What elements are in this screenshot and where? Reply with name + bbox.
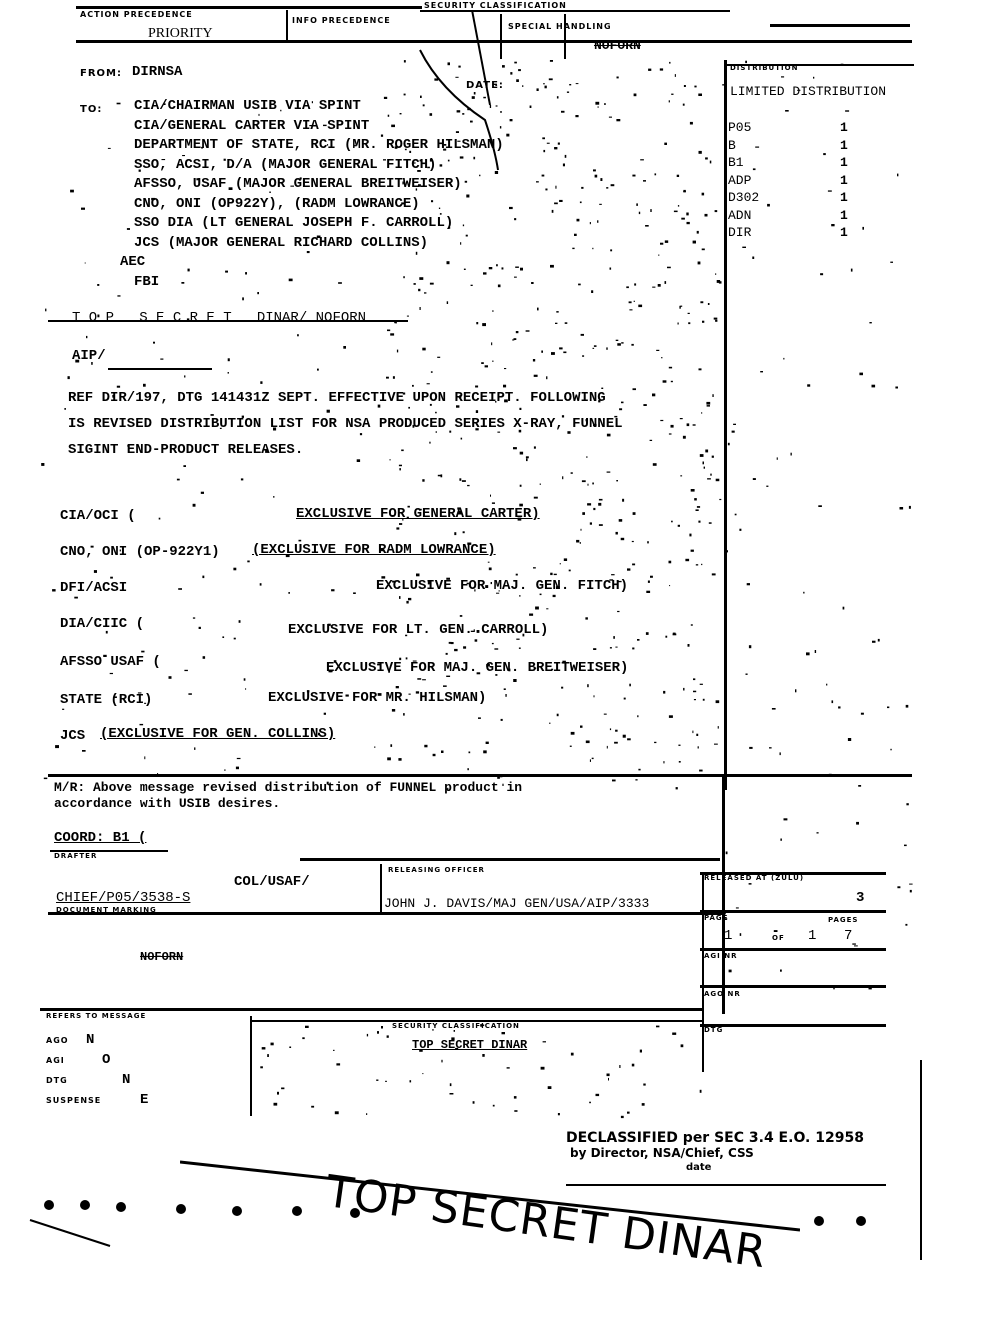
security-classification-footer-value: TOP SECRET DINAR	[412, 1038, 527, 1052]
agi-rule	[700, 948, 886, 951]
ago-rule	[700, 985, 886, 988]
security-classification-footer-label: SECURITY CLASSIFICATION	[392, 1022, 520, 1030]
header-divider	[564, 14, 566, 59]
declassification-stamp: DECLASSIFIED per SEC 3.4 E.O. 12958 by D…	[566, 1130, 864, 1173]
punch-hole-icon	[232, 1206, 242, 1216]
page-rule	[700, 910, 886, 913]
declass-signature-rule	[566, 1184, 886, 1186]
ago-nr-label: AGO NR	[704, 990, 741, 998]
distribution-row: B11	[728, 155, 868, 173]
punch-hole-icon	[292, 1206, 302, 1216]
recipient: DEPARTMENT OF STATE, RCI (MR. ROGER HILS…	[134, 137, 504, 157]
recipient: FBI	[134, 274, 504, 294]
form-top-rule	[76, 6, 422, 9]
marking-stamp: NOFORN	[140, 950, 183, 964]
to-label: TO:	[80, 104, 102, 115]
classification-line: T O P S E C R E T DINAR/ NOFORN	[72, 310, 366, 326]
distribution-table: P051 B1 B11 ADP1 D3021 ADN1 DIR1	[728, 120, 868, 243]
aip-blank	[108, 368, 212, 370]
distribution-title: LIMITED DISTRIBUTION	[730, 84, 886, 99]
message-paragraph: REF DIR/197, DTG 141431Z SEPT. EFFECTIVE…	[68, 390, 623, 468]
distribution-row: ADP1	[728, 173, 868, 191]
special-handling-value: NOFORN	[594, 38, 641, 53]
recipient: SSO, ACSI, D/A (MAJOR GENERAL FITCH)	[134, 157, 504, 177]
refers-to-label: REFERS TO MESSAGE	[46, 1012, 146, 1020]
refers-row: DTGN	[46, 1070, 148, 1090]
dtg-rule	[700, 1024, 886, 1027]
recipient: CNO, ONI (OP922Y), (RADM LOWRANCE)	[134, 196, 504, 216]
refers-top-rule	[40, 1008, 702, 1011]
page-label: PAGE	[704, 914, 728, 922]
release-list: CIA/OCI ( EXCLUSIVE FOR GENERAL CARTER) …	[60, 506, 720, 756]
recipient: CIA/GENERAL CARTER VIA SPINT	[134, 118, 504, 138]
form-top-rule-3	[770, 24, 910, 27]
security-classification-label: SECURITY CLASSIFICATION	[424, 1, 567, 10]
release-list-item: DIA/CIIC ( EXCLUSIVE FOR LT. GEN. CARROL…	[60, 614, 720, 652]
release-list-item: JCS (EXCLUSIVE FOR GEN. COLLINS)	[60, 726, 720, 756]
refers-row: AGIO	[46, 1050, 148, 1070]
refers-row: AGON	[46, 1030, 148, 1050]
recipient-list: CIA/CHAIRMAN USIB VIA SPINT CIA/GENERAL …	[134, 98, 504, 293]
pages-value: 7	[844, 928, 852, 944]
from-label: FROM:	[80, 68, 122, 79]
pages-label: PAGES	[828, 916, 858, 924]
recipient: AFSSO, USAF (MAJOR GENERAL BREITWEISER)	[134, 176, 504, 196]
from-value: DIRNSA	[132, 64, 182, 80]
distribution-row: ADN1	[728, 208, 868, 226]
action-precedence-value: PRIORITY	[148, 26, 213, 42]
special-handling-label: SPECIAL HANDLING	[508, 22, 612, 31]
releasing-officer-divider	[380, 864, 382, 914]
released-at-value: 3	[856, 890, 864, 906]
refers-row: SUSPENSEE	[46, 1090, 148, 1110]
header-divider	[286, 10, 288, 42]
release-list-item: CNO, ONI (OP-922Y1) (EXCLUSIVE FOR RADM …	[60, 542, 720, 578]
distribution-row: B1	[728, 138, 868, 156]
release-list-item: DFI/ACSI EXCLUSIVE FOR MAJ. GEN. FITCH)	[60, 578, 720, 614]
aip-line: AIP/	[72, 348, 106, 364]
punch-hole-icon	[814, 1216, 824, 1226]
distribution-row: DIR1	[728, 225, 868, 243]
coordination: COORD: B1 (	[54, 830, 146, 846]
releasing-officer-value: JOHN J. DAVIS/MAJ GEN/USA/AIP/3333	[384, 896, 649, 911]
release-list-item: STATE (RCI) EXCLUSIVE FOR MR. HILSMAN)	[60, 690, 720, 726]
refers-divider	[250, 1016, 252, 1116]
releasing-officer-label: RELEASING OFFICER	[388, 866, 485, 874]
drafter-value: COL/USAF/	[234, 874, 310, 890]
info-precedence-label: INFO PRECEDENCE	[292, 16, 391, 25]
pages-value-1: 1	[808, 928, 816, 944]
of-label: OF	[772, 934, 785, 942]
document-marking-value: CHIEF/P05/3538-S	[56, 890, 190, 906]
document-marking-label: DOCUMENT MARKING	[56, 906, 157, 914]
punch-hole-icon	[856, 1216, 866, 1226]
distribution-row: P051	[728, 120, 868, 138]
distribution-label: DISTRIBUTION	[730, 64, 798, 72]
released-at-label: RELEASED AT (ZULU)	[704, 874, 804, 882]
release-list-item: AFSSO USAF ( EXCLUSIVE FOR MAJ. GEN. BRE…	[60, 652, 720, 690]
drafter-label: DRAFTER	[54, 852, 97, 860]
recipient: AEC	[120, 254, 504, 274]
action-precedence-label: ACTION PRECEDENCE	[80, 10, 193, 19]
punch-hole-icon	[116, 1202, 126, 1212]
drafter-rule	[300, 858, 720, 861]
release-list-item: CIA/OCI ( EXCLUSIVE FOR GENERAL CARTER)	[60, 506, 720, 542]
recipient: CIA/CHAIRMAN USIB VIA SPINT	[134, 98, 504, 118]
header-divider	[500, 14, 502, 59]
page-value: 1	[724, 928, 732, 944]
distribution-row: D3021	[728, 190, 868, 208]
punch-hole-icon	[176, 1204, 186, 1214]
right-column-rule	[722, 774, 725, 1014]
punch-hole-icon	[350, 1208, 360, 1218]
refers-table: AGON AGIO DTGN SUSPENSEE	[46, 1030, 148, 1110]
page-edge	[920, 1060, 922, 1260]
punch-hole-icon	[44, 1200, 54, 1210]
dtg-label: DTG	[704, 1026, 723, 1034]
memo-for-record: M/R: Above message revised distribution …	[54, 780, 522, 812]
bottom-classification-stamp: TOP SECRET DINAR	[323, 1166, 770, 1278]
edge-mark	[20, 1210, 220, 1250]
agi-nr-label: AGI NR	[704, 952, 737, 960]
message-form: ACTION PRECEDENCE PRIORITY INFO PRECEDEN…	[0, 0, 1008, 1320]
punch-hole-icon	[80, 1200, 90, 1210]
form-top-rule-2	[420, 10, 730, 12]
recipient: JCS (MAJOR GENERAL RICHARD COLLINS)	[134, 235, 504, 255]
distribution-column-rule	[724, 60, 727, 790]
right-box-rule	[702, 872, 704, 1072]
mr-rule	[48, 774, 912, 777]
date-label: DATE:	[466, 80, 504, 91]
recipient: SSO DIA (LT GENERAL JOSEPH F. CARROLL)	[134, 215, 504, 235]
